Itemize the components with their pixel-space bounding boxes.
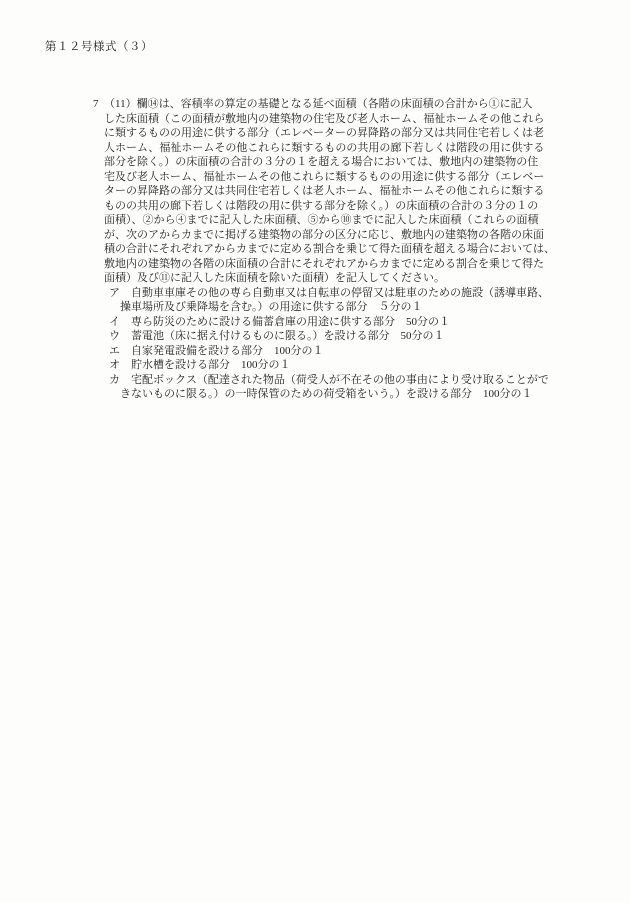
text-line: ものの共用の廊下若しくは階段の用に供する部分を除く。）の床面積の合計の３分の１の	[93, 199, 563, 214]
text-line: に類するものの用途に供する部分（エレベーターの昇降路の部分又は共同住宅若しくは老	[93, 126, 563, 141]
text-line: きないものに限る。）の一時保管のための荷受箱をいう。）を設ける部分 100分の１	[93, 387, 563, 402]
text-line: ターの昇降路の部分又は共同住宅若しくは老人ホーム、福祉ホームその他これらに類する	[93, 184, 563, 199]
text-line: 宅及び老人ホーム、福祉ホームその他これらに類するものの用途に供する部分（エレベー	[93, 170, 563, 185]
text-line: 7 （11）欄⑭は、容積率の算定の基礎となる延べ面積（各階の床面積の合計から①に…	[93, 97, 563, 112]
text-line: イ 専ら防災のために設ける備蓄倉庫の用途に供する部分 50分の１	[93, 315, 563, 330]
form-number-label: 第１２号様式（３）	[45, 38, 153, 54]
text-line: が、次のアからカまでに掲げる建築物の部分の区分に応じ、敷地内の建築物の各階の床面	[93, 228, 563, 243]
text-line: 面積）、②から④までに記入した床面積、⑤から⑩までに記入した床面積（これらの面積	[93, 213, 563, 228]
text-line: した床面積（この面積が敷地内の建築物の住宅及び老人ホーム、福祉ホームその他これら	[93, 112, 563, 127]
text-line: ア 自動車車庫その他の専ら自動車又は自転車の停留又は駐車のための施設（誘導車路、	[93, 286, 563, 301]
document-page: 第１２号様式（３） 7 （11）欄⑭は、容積率の算定の基礎となる延べ面積（各階の…	[0, 0, 630, 903]
text-line: 敷地内の建築物の各階の床面積の合計にそれぞれアからカまでに定める割合を乗じて得た	[93, 257, 563, 272]
document-body: 7 （11）欄⑭は、容積率の算定の基礎となる延べ面積（各階の床面積の合計から①に…	[93, 97, 563, 402]
text-line: 面積）及び⑪に記入した床面積を除いた面積）を記入してください。	[93, 271, 563, 286]
text-line: カ 宅配ボックス（配達された物品（荷受人が不在その他の事由により受け取ることがで	[93, 373, 563, 388]
text-line: 部分を除く。）の床面積の合計の３分の１を超える場合においては、敷地内の建築物の住	[93, 155, 563, 170]
text-line: ウ 蓄電池（床に据え付けるものに限る。）を設ける部分 50分の１	[93, 329, 563, 344]
text-line: オ 貯水槽を設ける部分 100分の１	[93, 358, 563, 373]
text-line: 人ホーム、福祉ホームその他これらに類するものの共用の廊下若しくは階段の用に供する	[93, 141, 563, 156]
text-line: 操車場所及び乗降場を含む。）の用途に供する部分 ５分の１	[93, 300, 563, 315]
text-line: エ 自家発電設備を設ける部分 100分の１	[93, 344, 563, 359]
text-line: 積の合計にそれぞれアからカまでに定める割合を乗じて得た面積を超える場合においては…	[93, 242, 563, 257]
